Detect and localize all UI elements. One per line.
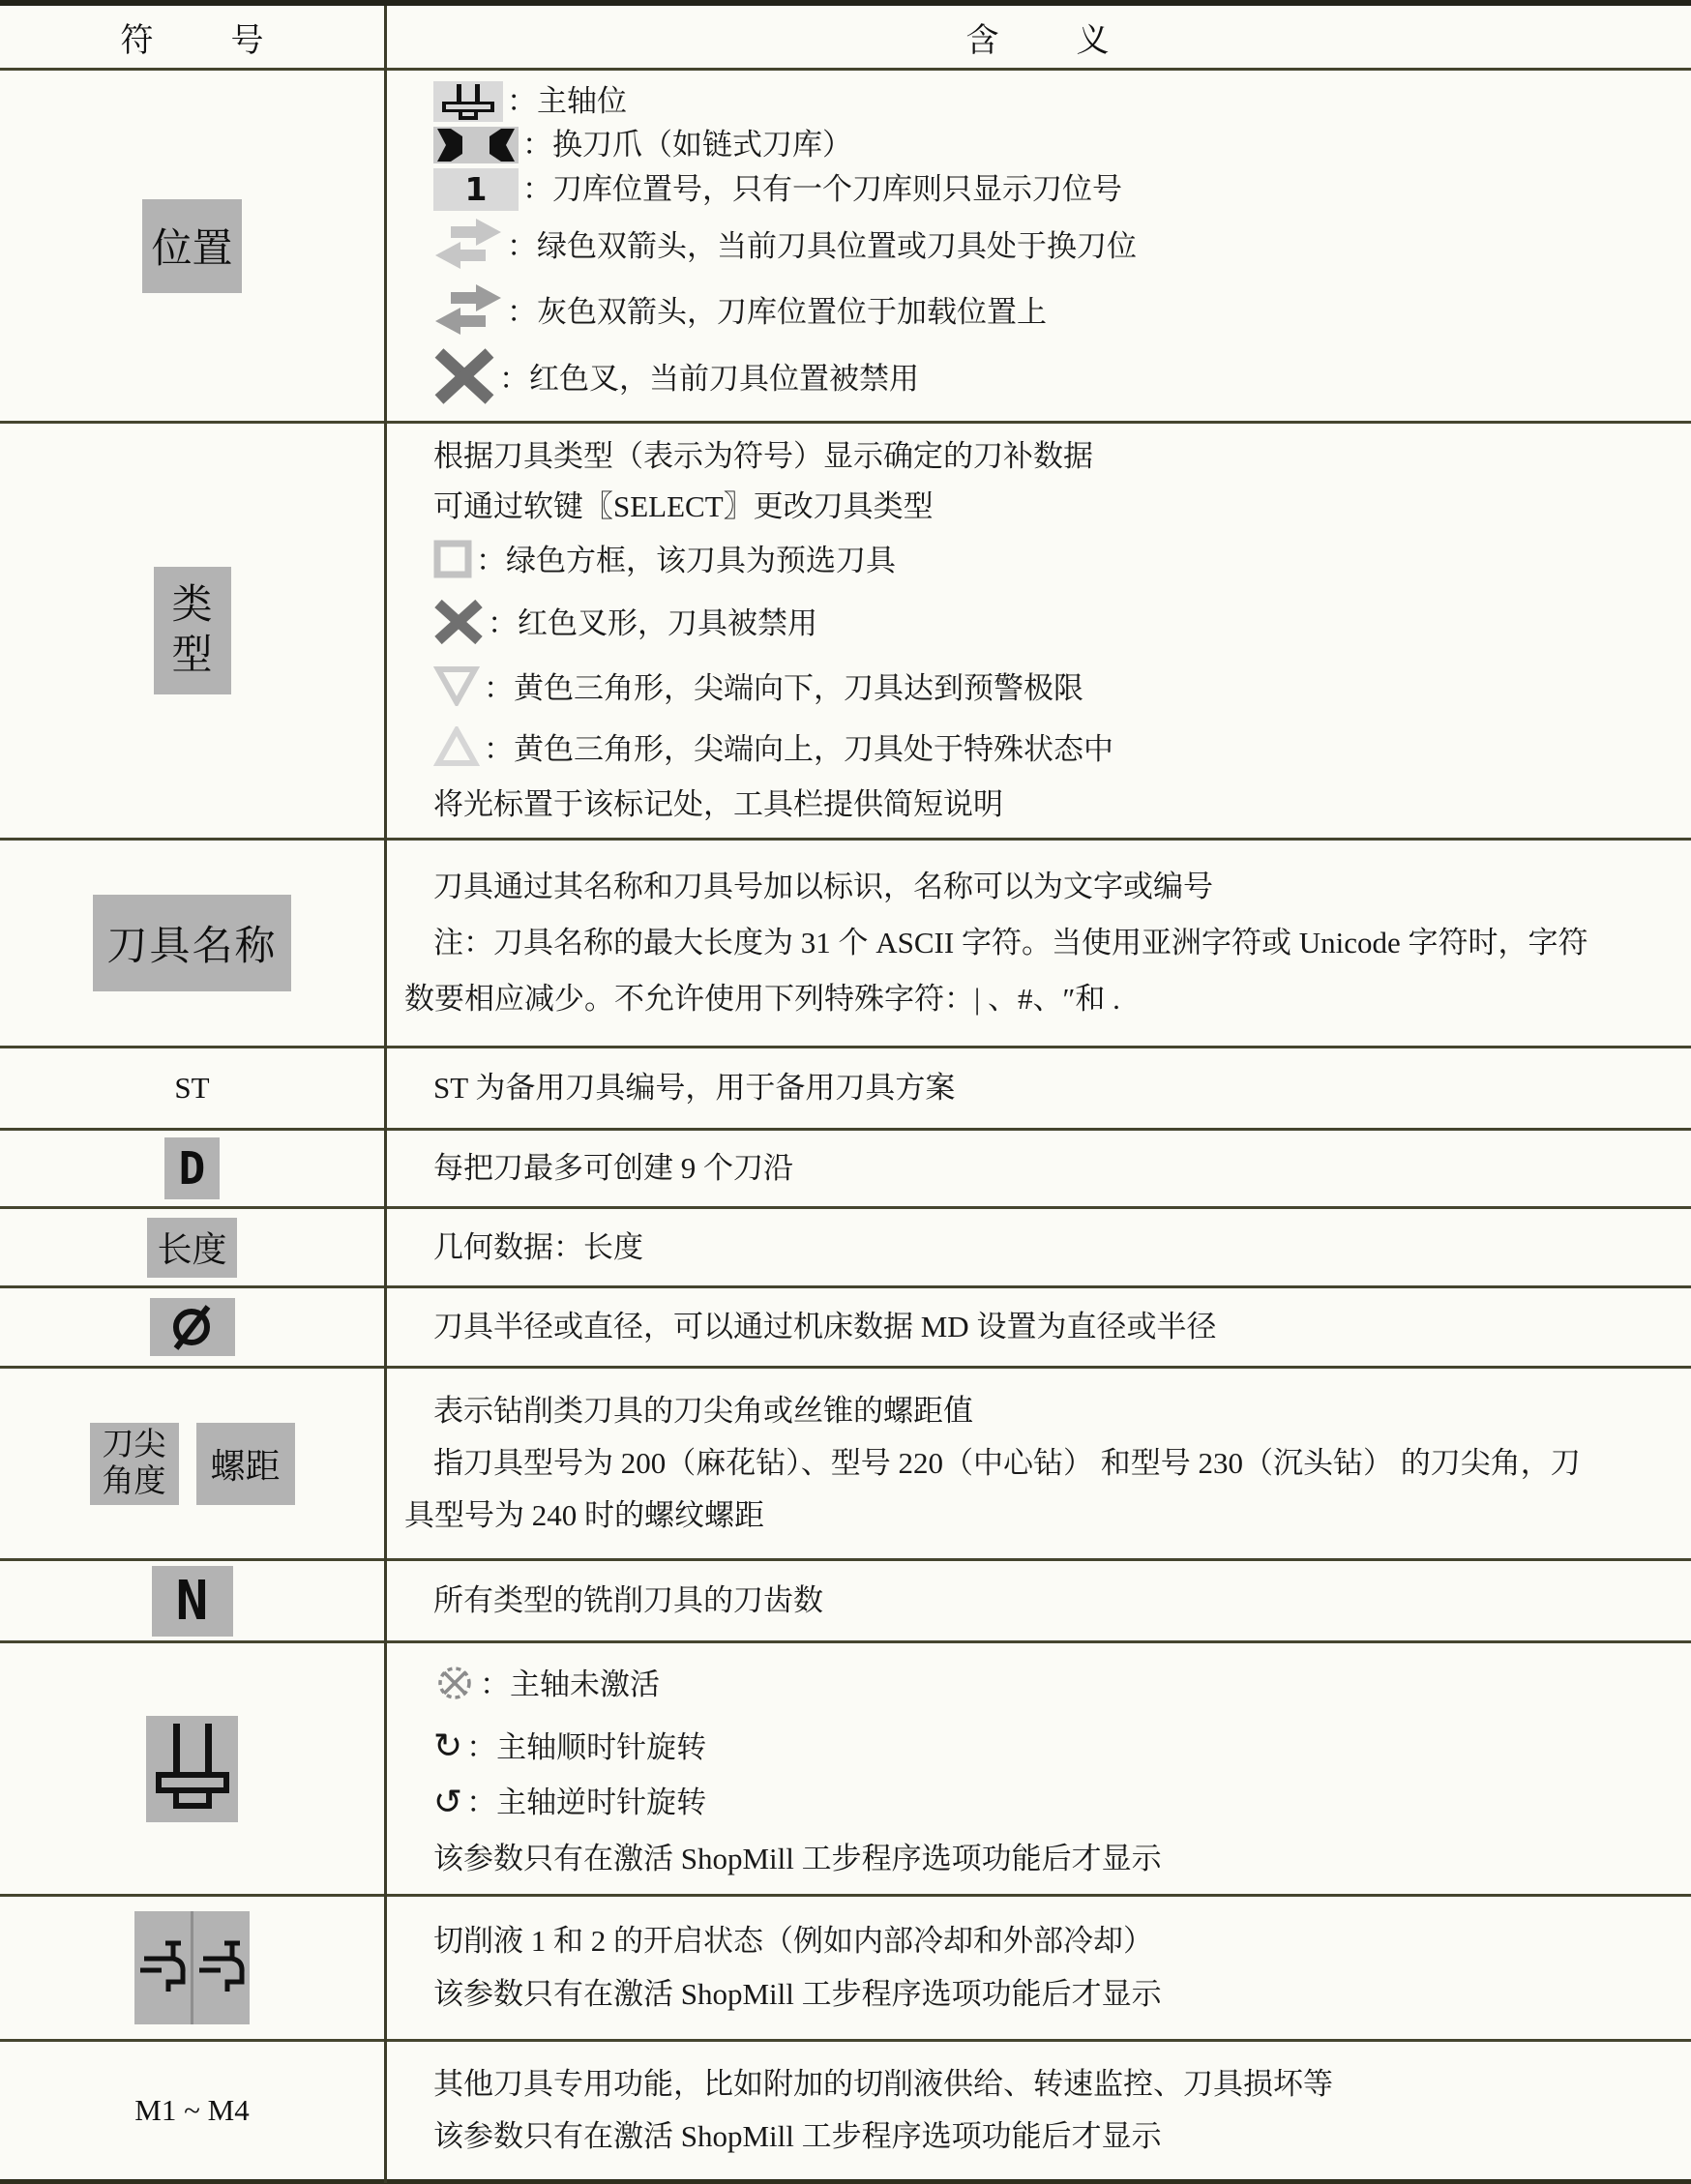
paragraph-line: 刀具半径或直径，可以通过机床数据 MD 设置为直径或半径 (433, 1310, 1216, 1344)
d-number-box: D (164, 1137, 220, 1199)
point-angle-label-box: 刀尖 角度 (90, 1423, 179, 1505)
m-functions-label: M1 ~ M4 (134, 2093, 249, 2128)
position-label-box: 位置 (142, 199, 242, 293)
header-symbol-char: 号 (231, 14, 264, 61)
symbol-cell: 长度 (0, 1209, 384, 1285)
legend-text: ：换刀爪（如链式刀库） (522, 128, 852, 162)
table-row-d-number: D 每把刀最多可创建 9 个刀沿 (0, 1131, 1691, 1209)
table-row-point-angle-pitch: 刀尖 角度 螺距 表示钻削类刀具的刀尖角或丝锥的螺距值 指刀具型号为 200（麻… (0, 1369, 1691, 1561)
legend-text: 该参数只有在激活 ShopMill 工步程序选项功能后才显示 (433, 1842, 1162, 1876)
symbol-cell: ST (0, 1048, 384, 1128)
meaning-cell: 几何数据：长度 (384, 1209, 1691, 1285)
spindle-clockwise-icon: ↻ (433, 1729, 462, 1764)
table-row-st: ST ST 为备用刀具编号，用于备用刀具方案 (0, 1048, 1691, 1131)
coolant-1-tap-icon (134, 1911, 191, 2024)
paragraph-line: 每把刀最多可创建 9 个刀沿 (433, 1151, 793, 1186)
legend-text: ：黄色三角形，尖端向上，刀具处于特殊状态中 (484, 732, 1113, 767)
symbol-cell (0, 1288, 384, 1366)
legend-text: ：绿色双箭头，当前刀具位置或刀具处于换刀位 (507, 229, 1137, 264)
legend-text: 可通过软键〖SELECT〗更改刀具类型 (433, 489, 934, 524)
paragraph-line: 具型号为 240 时的螺纹螺距 (404, 1498, 764, 1533)
point-angle-label-line: 刀尖 (103, 1427, 166, 1463)
legend-text: 将光标置于该标记处，工具栏提供简短说明 (433, 787, 1003, 822)
yellow-triangle-up-icon (433, 726, 480, 772)
legend-text: ：主轴未激活 (480, 1668, 660, 1702)
legend-line: ：红色叉，当前刀具位置被禁用 (433, 347, 1676, 410)
legend-line: ↻ ：主轴顺时针旋转 (433, 1729, 1676, 1764)
spindle-counterclockwise-icon: ↺ (433, 1786, 462, 1820)
column-divider (384, 6, 387, 2183)
red-cross-icon (433, 347, 495, 410)
legend-line: ：红色叉形，刀具被禁用 (433, 599, 1676, 650)
red-cross-icon (433, 599, 484, 650)
table-row-type: 类 型 根据刀具类型（表示为符号）显示确定的刀补数据 可通过软键〖SELECT〗… (0, 424, 1691, 841)
diameter-icon (150, 1298, 235, 1356)
meaning-cell: ：主轴位 ：换刀爪（如链式刀库） 1 ：刀库位置号，只有一个刀库则只显示刀位号 (384, 71, 1691, 421)
gray-double-arrow-icon (433, 281, 503, 342)
legend-line: ：黄色三角形，尖端向下，刀具达到预警极限 (433, 665, 1676, 711)
meaning-cell: 每把刀最多可创建 9 个刀沿 (384, 1131, 1691, 1206)
teeth-count-box: N (152, 1566, 233, 1637)
meaning-cell: 切削液 1 和 2 的开启状态（例如内部冷却和外部冷却） 该参数只有在激活 Sh… (384, 1897, 1691, 2039)
legend-text: ：黄色三角形，尖端向下，刀具达到预警极限 (484, 671, 1083, 706)
st-label: ST (174, 1071, 209, 1106)
paragraph-line: 指刀具型号为 200（麻花钻）、型号 220（中心钻） 和型号 230（沉头钻）… (433, 1446, 1581, 1481)
meaning-cell: 表示钻削类刀具的刀尖角或丝锥的螺距值 指刀具型号为 200（麻花钻）、型号 22… (384, 1369, 1691, 1558)
spindle-inactive-icon (433, 1662, 476, 1709)
paragraph-line: 切削液 1 和 2 的开启状态（例如内部冷却和外部冷却） (433, 1924, 1153, 1959)
meaning-cell: ST 为备用刀具编号，用于备用刀具方案 (384, 1048, 1691, 1128)
legend-text: ：主轴逆时针旋转 (466, 1786, 706, 1820)
table-row-coolant: 切削液 1 和 2 的开启状态（例如内部冷却和外部冷却） 该参数只有在激活 Sh… (0, 1897, 1691, 2042)
type-label-box: 类 型 (154, 567, 231, 694)
green-double-arrow-icon (433, 216, 503, 277)
legend-text: ：主轴位 (507, 84, 627, 119)
symbol-cell: 刀具名称 (0, 841, 384, 1046)
legend-line: ：灰色双箭头，刀库位置位于加载位置上 (433, 281, 1676, 342)
legend-text: ：刀库位置号，只有一个刀库则只显示刀位号 (522, 172, 1122, 207)
table-row-spindle: ：主轴未激活 ↻ ：主轴顺时针旋转 ↺ ：主轴逆时针旋转 该参数只有在激活 Sh… (0, 1643, 1691, 1897)
type-label-char: 类 (171, 580, 212, 632)
meaning-cell: 刀具通过其名称和刀具号加以标识，名称可以为文字或编号 注：刀具名称的最大长度为 … (384, 841, 1691, 1046)
symbol-cell (0, 1897, 384, 2039)
legend-line: ：主轴位 (433, 81, 1676, 122)
legend-line: ：主轴未激活 (433, 1662, 1676, 1709)
symbol-cell: 类 型 (0, 424, 384, 838)
table-row-position: 位置 ：主轴位 (0, 71, 1691, 424)
legend-line: 根据刀具类型（表示为符号）显示确定的刀补数据 (433, 439, 1676, 474)
paragraph-line: 所有类型的铣削刀具的刀齿数 (433, 1583, 823, 1618)
length-label-box: 长度 (147, 1218, 237, 1278)
legend-line: ：绿色方框，该刀具为预选刀具 (433, 540, 1676, 583)
legend-line: 将光标置于该标记处，工具栏提供简短说明 (433, 787, 1676, 822)
legend-line: ：绿色双箭头，当前刀具位置或刀具处于换刀位 (433, 216, 1676, 277)
legend-line: ↺ ：主轴逆时针旋转 (433, 1786, 1676, 1820)
meaning-cell: 所有类型的铣削刀具的刀齿数 (384, 1561, 1691, 1640)
symbol-cell: D (0, 1131, 384, 1206)
paragraph-line: 其他刀具专用功能，比如附加的切削液供给、转速监控、刀具损坏等 (433, 2067, 1333, 2102)
header-meaning-column: 含 义 (384, 6, 1691, 68)
legend-text: ：红色叉形，刀具被禁用 (488, 606, 817, 641)
legend-text: 根据刀具类型（表示为符号）显示确定的刀补数据 (433, 439, 1093, 474)
point-angle-label-line: 角度 (103, 1463, 166, 1500)
paragraph-line: 数要相应减少。不允许使用下列特殊字符：| 、#、″和 . (404, 982, 1120, 1017)
table-row-tool-name: 刀具名称 刀具通过其名称和刀具号加以标识，名称可以为文字或编号 注：刀具名称的最… (0, 841, 1691, 1048)
legend-line: ：换刀爪（如链式刀库） (433, 127, 1676, 163)
coolant-1-2-icon (134, 1911, 250, 2024)
yellow-triangle-down-icon (433, 665, 480, 711)
symbol-cell: 位置 (0, 71, 384, 421)
meaning-cell: 根据刀具类型（表示为符号）显示确定的刀补数据 可通过软键〖SELECT〗更改刀具… (384, 424, 1691, 838)
symbol-cell (0, 1643, 384, 1894)
legend-line: ：黄色三角形，尖端向上，刀具处于特殊状态中 (433, 726, 1676, 772)
meaning-cell: ：主轴未激活 ↻ ：主轴顺时针旋转 ↺ ：主轴逆时针旋转 该参数只有在激活 Sh… (384, 1643, 1691, 1894)
type-label-char: 型 (171, 631, 212, 682)
legend-line: 可通过软键〖SELECT〗更改刀具类型 (433, 489, 1676, 524)
header-symbol-char: 符 (121, 14, 154, 61)
header-meaning-char: 含 (966, 14, 999, 61)
table-row-diameter: 刀具半径或直径，可以通过机床数据 MD 设置为直径或半径 (0, 1288, 1691, 1369)
legend-text: ：红色叉，当前刀具位置被禁用 (499, 362, 919, 397)
paragraph-line: ST 为备用刀具编号，用于备用刀具方案 (433, 1071, 955, 1106)
legend-text: ：主轴顺时针旋转 (466, 1730, 706, 1765)
green-square-icon (433, 540, 472, 583)
meaning-cell: 其他刀具专用功能，比如附加的切削液供给、转速监控、刀具损坏等 该参数只有在激活 … (384, 2042, 1691, 2179)
magazine-number: 1 (465, 170, 488, 208)
legend-text: ：灰色双箭头，刀库位置位于加载位置上 (507, 295, 1047, 330)
paragraph-line: 该参数只有在激活 ShopMill 工步程序选项功能后才显示 (433, 1977, 1162, 2012)
table-row-m-functions: M1 ~ M4 其他刀具专用功能，比如附加的切削液供给、转速监控、刀具损坏等 该… (0, 2042, 1691, 2184)
coolant-2-tap-icon (191, 1911, 250, 2024)
legend-line: 该参数只有在激活 ShopMill 工步程序选项功能后才显示 (433, 1842, 1676, 1876)
manual-symbol-table-page: 符 号 含 义 位置 ：主轴位 (0, 0, 1691, 2183)
meaning-cell: 刀具半径或直径，可以通过机床数据 MD 设置为直径或半径 (384, 1288, 1691, 1366)
legend-line: 1 ：刀库位置号，只有一个刀库则只显示刀位号 (433, 168, 1676, 211)
header-symbol-column: 符 号 (0, 6, 384, 68)
table-row-teeth-count: N 所有类型的铣削刀具的刀齿数 (0, 1561, 1691, 1643)
symbol-cell: N (0, 1561, 384, 1640)
paragraph-line: 刀具通过其名称和刀具号加以标识，名称可以为文字或编号 (433, 870, 1213, 904)
symbol-cell: M1 ~ M4 (0, 2042, 384, 2179)
magazine-position-number-icon: 1 (433, 168, 519, 211)
paragraph-line: 几何数据：长度 (433, 1230, 643, 1265)
paragraph-line: 注：刀具名称的最大长度为 31 个 ASCII 字符。当使用亚洲字符或 Unic… (433, 926, 1587, 960)
tool-name-label-box: 刀具名称 (93, 895, 291, 991)
spindle-position-icon (433, 81, 503, 122)
spindle-icon (146, 1716, 238, 1822)
tool-change-gripper-icon (433, 127, 519, 163)
legend-text: ：绿色方框，该刀具为预选刀具 (476, 544, 896, 578)
paragraph-line: 表示钻削类刀具的刀尖角或丝锥的螺距值 (433, 1394, 973, 1429)
table-header-row: 符 号 含 义 (0, 6, 1691, 71)
symbol-cell: 刀尖 角度 螺距 (0, 1369, 384, 1558)
pitch-label-box: 螺距 (196, 1423, 295, 1505)
paragraph-line: 该参数只有在激活 ShopMill 工步程序选项功能后才显示 (433, 2119, 1162, 2154)
header-meaning-char: 义 (1077, 14, 1110, 61)
table-row-length: 长度 几何数据：长度 (0, 1209, 1691, 1288)
